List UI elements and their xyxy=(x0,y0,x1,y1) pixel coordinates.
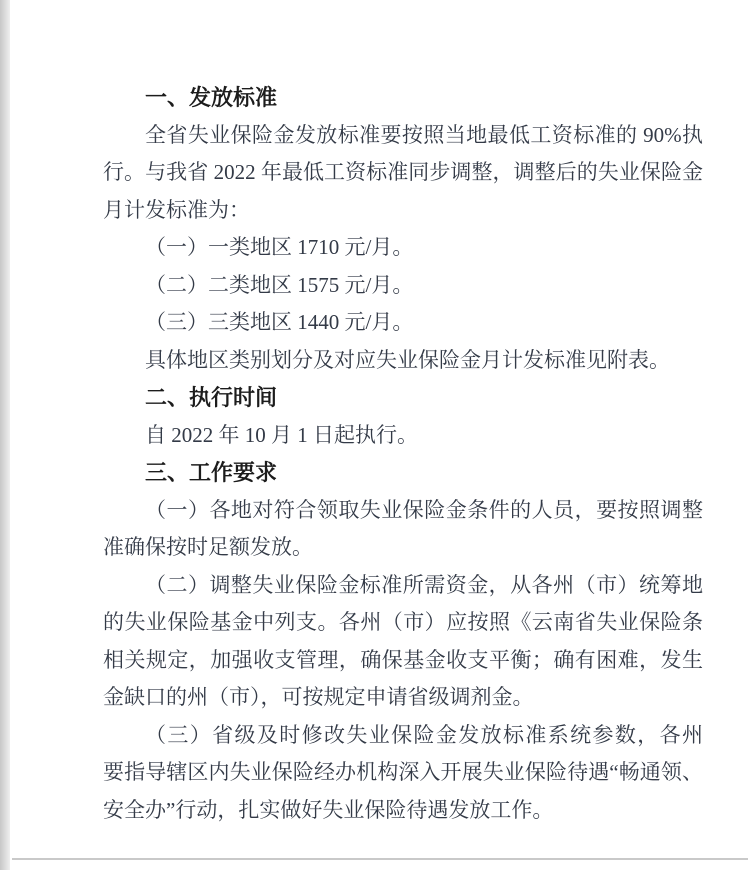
document-line: 全省失业保险金发放标准要按照当地最低工资标准的 90%执 xyxy=(103,117,703,155)
page-left-edge xyxy=(0,0,10,870)
document-line: 安全办”行动，扎实做好失业保险待遇发放工作。 xyxy=(103,792,703,830)
document-line: 具体地区类别划分及对应失业保险金月计发标准见附表。 xyxy=(103,342,703,380)
document-line: （一）各地对符合领取失业保险金条件的人员，要按照调整标 xyxy=(103,492,703,530)
document-line: （一）一类地区 1710 元/月。 xyxy=(103,229,703,267)
document-line: （三）三类地区 1440 元/月。 xyxy=(103,304,703,342)
document-line: 的失业保险基金中列支。各州（市）应按照《云南省失业保险条例》 xyxy=(103,604,703,642)
document-line: （二）调整失业保险金标准所需资金，从各州（市）统筹地区 xyxy=(103,567,703,605)
document-line: 行。与我省 2022 年最低工资标准同步调整，调整后的失业保险金 xyxy=(103,154,703,192)
document-page: 一、发放标准全省失业保险金发放标准要按照当地最低工资标准的 90%执行。与我省 … xyxy=(0,0,748,870)
document-content: 一、发放标准全省失业保险金发放标准要按照当地最低工资标准的 90%执行。与我省 … xyxy=(103,79,703,829)
document-line: （二）二类地区 1575 元/月。 xyxy=(103,267,703,305)
document-line: 月计发标准为： xyxy=(103,192,703,230)
document-line: 金缺口的州（市），可按规定申请省级调剂金。 xyxy=(103,679,703,717)
document-line: 相关规定，加强收支管理，确保基金收支平衡；确有困难，发生资 xyxy=(103,642,703,680)
document-line: 自 2022 年 10 月 1 日起执行。 xyxy=(103,417,703,455)
document-line: 要指导辖区内失业保险经办机构深入开展失业保险待遇“畅通领、 xyxy=(103,754,703,792)
document-line: 准确保按时足额发放。 xyxy=(103,529,703,567)
section-heading: 一、发放标准 xyxy=(103,79,703,117)
page-bottom-edge xyxy=(12,858,748,860)
section-heading: 三、工作要求 xyxy=(103,454,703,492)
section-heading: 二、执行时间 xyxy=(103,379,703,417)
document-line: （三）省级及时修改失业保险金发放标准系统参数，各州（市） xyxy=(103,717,703,755)
